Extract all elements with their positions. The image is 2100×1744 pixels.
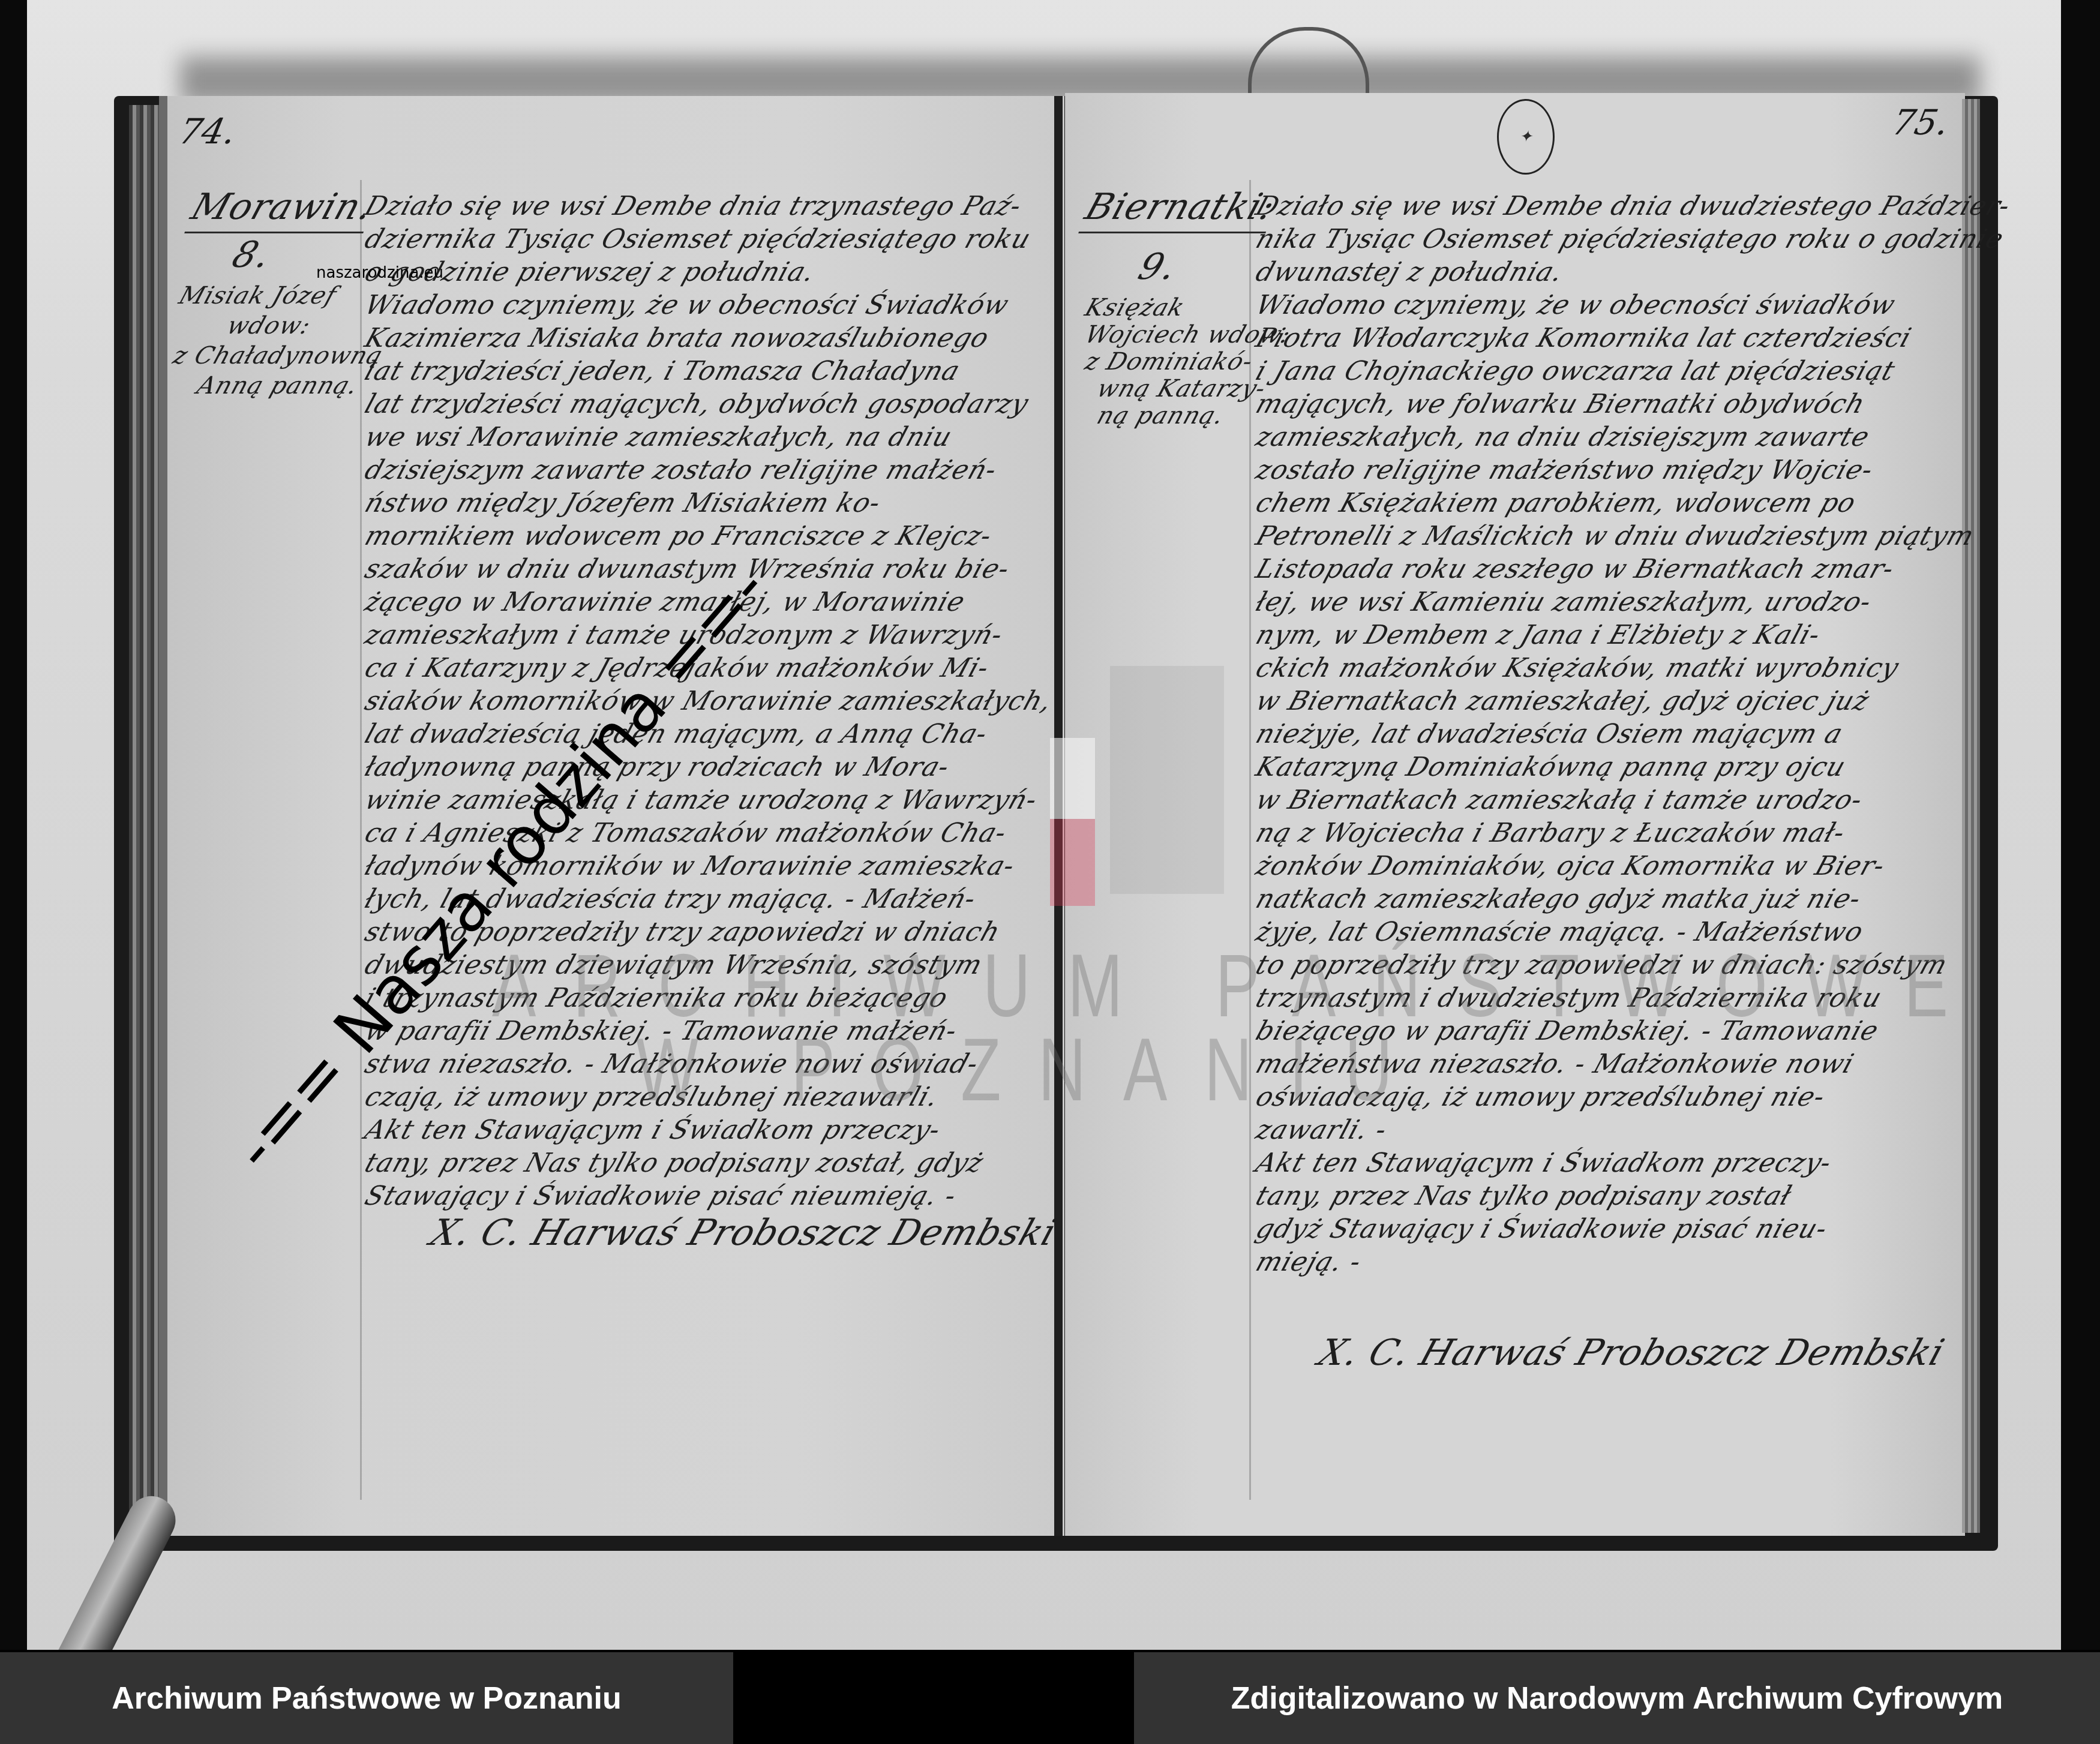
handwritten-line: ckich małżonków Księżaków, matki wyrobni… (1252, 653, 1903, 683)
margin-name-line: ną panną. (1094, 402, 1228, 430)
handwritten-line: dwunastej z południa. (1252, 257, 1567, 287)
handwritten-line: ństwo między Józefem Misiakiem ko- (361, 488, 885, 518)
margin-name-line: Księżak (1082, 294, 1189, 322)
document-scan: 74. Morawin. 8. Misiak Józef wdow: z Cha… (0, 0, 2100, 1650)
seal-icon: ✦ (1519, 128, 1532, 146)
handwritten-line: lat trzydzieści mających, obydwóch gospo… (361, 389, 1033, 419)
handwritten-line: nieżyje, lat dwadzieścia Osiem mającym a (1252, 719, 1847, 749)
archive-watermark-line2: W POZNANIU (636, 1019, 1430, 1121)
margin-rule-left (360, 180, 362, 1500)
handwritten-line: zamieszkałych, na dniu dzisiejszym zawar… (1252, 422, 1874, 452)
handwritten-line: Wiadomo czyniemy, że w obecności Świadkó… (361, 290, 1013, 320)
handwritten-line: zostało religijne małżeństwo między Wojc… (1252, 455, 1877, 485)
handwritten-line: Stawający i Świadkowie pisać nieumieją. … (361, 1181, 961, 1211)
margin-name-line: z Chaładynowną (170, 342, 387, 370)
handwritten-line: Listopada roku zeszłego w Biernatkach zm… (1252, 554, 1898, 584)
handwritten-line: lat trzydzieści jeden, i Tomasza Chałady… (361, 356, 964, 386)
handwritten-line: ca i Agnieszki z Tomaszaków małżonków Ch… (361, 818, 1011, 848)
handwritten-line: żącego w Morawinie zmarłej, w Morawinie (361, 587, 970, 617)
margin-place-left: Morawin. (184, 186, 379, 233)
handwritten-line: Wiadomo czyniemy, że w obecności świadkó… (1252, 290, 1900, 320)
handwritten-line: szaków w dniu dwunastym Września roku bi… (361, 554, 1014, 584)
archive-stamp-gray (1110, 666, 1224, 894)
handwritten-line: nym, w Dembem z Jana i Elżbiety z Kali- (1252, 620, 1825, 650)
handwritten-line: tany, przez Nas tylko podpisany został, … (361, 1148, 988, 1178)
signature-left: X. C. Harwaś Proboszcz Dembski (425, 1212, 1062, 1254)
handwritten-line: Katarzyną Dominiakówną panną przy ojcu (1252, 752, 1850, 782)
margin-place-right: Biernatki: (1078, 186, 1280, 233)
footer-archive-label: Archiwum Państwowe w Poznaniu (0, 1652, 733, 1744)
margin-name-line: Misiak Józef (176, 282, 340, 310)
handwritten-line: w Biernatkach zamieszkałą i tamże urodzo… (1252, 785, 1867, 815)
handwritten-line: żonków Dominiaków, ojca Komornika w Bier… (1252, 851, 1889, 881)
archive-stamp-red (1050, 819, 1095, 906)
handwritten-line: winie zamieszkałą i tamże urodzoną z Waw… (361, 785, 1042, 815)
margin-name-line: wną Katarzy- (1094, 375, 1270, 403)
archive-seal-stamp: ✦ (1497, 99, 1555, 175)
handwritten-line: ładynowną panną przy rodzicach w Mora- (361, 752, 954, 782)
handwritten-line: i Jana Chojnackiego owczarza lat pięćdzi… (1252, 356, 1899, 386)
handwritten-line: Petronelli z Maślickich w dniu dwudziest… (1252, 521, 1978, 551)
handwritten-line: ną z Wojciecha i Barbary z Łuczaków mał- (1252, 818, 1849, 848)
handwritten-line: nika Tysiąc Osiemset pięćdziesiątego rok… (1252, 224, 2008, 254)
archive-stamp-white (1050, 738, 1095, 819)
handwritten-line: mornikiem wdowcem po Franciszce z Klejcz… (361, 521, 996, 551)
margin-name-line: Anną panną. (194, 372, 362, 400)
handwritten-line: Piotra Włodarczyka Komornika lat czterdz… (1252, 323, 1916, 353)
site-watermark: naszarodzina.eu (316, 264, 443, 282)
handwritten-line: natkach zamieszkałego gdyż matka już nie… (1252, 884, 1865, 914)
handwritten-line: chem Księżakiem parobkiem, wdowcem po (1252, 488, 1860, 518)
handwritten-line: siaków komorników w Morawinie zamieszkał… (361, 686, 1056, 716)
page-edges-right (1962, 99, 1980, 1533)
page-number-right: 75. (1889, 102, 1953, 143)
handwritten-line: tany, przez Nas tylko podpisany został (1252, 1181, 1796, 1211)
handwritten-line: dzisiejszym zawarte zostało religijne ma… (361, 455, 1001, 485)
handwritten-line: łej, we wsi Kamieniu zamieszkałym, urodz… (1252, 587, 1876, 617)
handwritten-line: Akt ten Stawającym i Świadkom przeczy- (1252, 1148, 1836, 1178)
scan-border-left (0, 0, 27, 1650)
signature-right: X. C. Harwaś Proboszcz Dembski (1313, 1332, 1950, 1374)
handwritten-line: w Biernatkach zamieszkałej, gdyż ojciec … (1252, 686, 1874, 716)
handwritten-line: mających, we folwarku Biernatki obydwóch (1252, 389, 1870, 419)
handwritten-line: dziernika Tysiąc Osiemset pięćdziesiąteg… (361, 224, 1035, 254)
handwritten-line: mieją. - (1252, 1247, 1366, 1277)
handwritten-line: Działo się we wsi Dembe dnia dwudziesteg… (1252, 191, 2015, 221)
handwritten-line: we wsi Morawinie zamieszkałych, na dniu (361, 422, 956, 452)
margin-name-line: wdow: (224, 312, 315, 340)
page-number-left: 74. (176, 111, 240, 152)
handwritten-line: Działo się we wsi Dembe dnia trzynastego… (361, 191, 1026, 221)
margin-name-line: z Dominiakó- (1082, 348, 1257, 376)
footer-bar: Archiwum Państwowe w Poznaniu Zdigitaliz… (0, 1650, 2100, 1744)
footer-digitized-label: Zdigitalizowano w Narodowym Archiwum Cyf… (1134, 1652, 2100, 1744)
handwritten-line: Kazimierza Misiaka brata nowozaślubioneg… (361, 323, 994, 353)
scan-border-right (2061, 0, 2100, 1650)
handwritten-line: gdyż Stawający i Świadkowie pisać nieu- (1252, 1214, 1832, 1244)
